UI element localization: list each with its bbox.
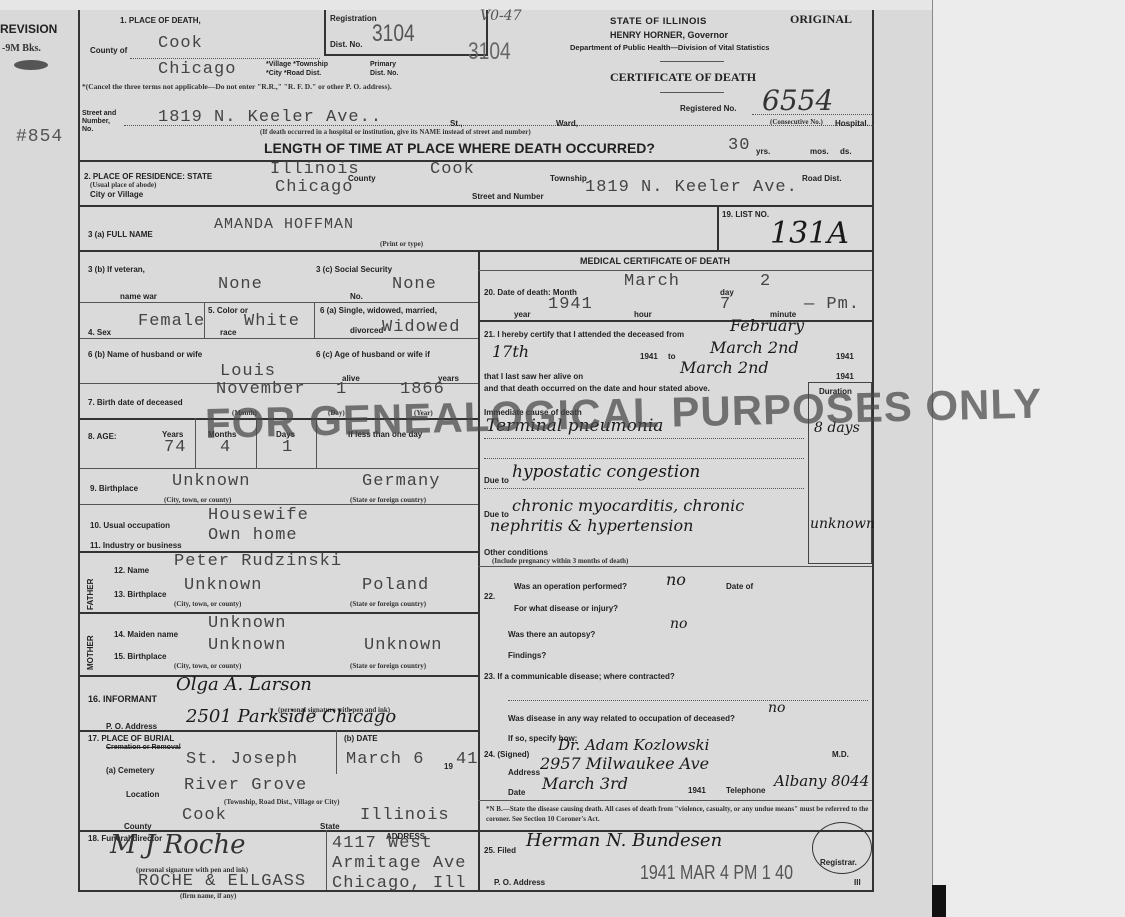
registrar-label: Registrar. [820,858,857,867]
registered-no: 6554 [762,84,833,117]
ss-no: None [392,275,437,294]
department-line: Department of Public Health—Division of … [570,43,769,52]
occupation-value: Housewife [208,506,309,525]
funeral-address-line3: Chicago, Ill [332,874,466,893]
burial-location: River Grove [184,776,307,795]
father-name-label: 12. Name [114,566,149,575]
birth-label: 7. Birth date of deceased [88,398,183,407]
residence-county: Cook [430,160,475,179]
due-to-2-line2: nephritis & hypertension [490,516,693,535]
autopsy-value: no [670,616,687,632]
place-of-death-label: 1. PLACE OF DEATH, [120,16,201,25]
mother-birth-country: Unknown [364,636,442,655]
attended-from-year: 1941 [640,352,658,361]
street-label: Street and Number, No. [82,110,122,134]
filed-date-stamp: 1941 MAR 4 PM 1 40 [640,862,793,885]
page-corner-shadow [932,885,946,917]
veteran-label: 3 (b) If veteran, [88,265,145,274]
last-saw-year: 1941 [836,372,854,381]
informant-address: 2501 Parkside Chicago [186,706,396,727]
registration-label: Registration [330,14,377,23]
age-years: 74 [164,438,186,457]
social-security-label: 3 (c) Social Security [316,265,392,274]
last-saw-date: March 2nd [680,358,769,377]
death-day: 2 [760,272,771,291]
war-label: name war [120,292,157,301]
age-label: 8. AGE: [88,432,117,441]
margin-revision: REVISION [0,22,57,36]
background-sheet [932,0,1125,917]
hospital-note: (If death occurred in a hospital or inst… [260,128,531,136]
file-number: #854 [16,127,63,147]
spouse-age-label: 6 (c) Age of husband or wife if [316,350,430,359]
sex-value: Female [138,312,205,331]
registration-box: Registration Dist. No. 3104 [324,10,488,56]
telephone-value: Albany 8044 [774,772,869,790]
list-no: 131A [770,216,849,251]
ward-label: Ward, [556,119,578,128]
birthplace-state-note: (State or foreign country) [350,496,426,504]
mother-birth-city: Unknown [208,636,286,655]
father-city-note: (City, town, or county) [174,600,241,608]
city-label: *City *Road Dist. [266,70,321,77]
cemetery-label: (a) Cemetery [106,766,154,775]
birthplace-city: Unknown [172,472,250,491]
attended-to: March 2nd [710,338,799,357]
occupation-related-label: Was disease in any way related to occupa… [508,714,735,723]
union-bug-icon [14,60,48,70]
due-to-1-label: Due to [484,476,509,485]
death-month: March [624,272,680,291]
birth-month: November [216,380,306,399]
spouse-value: Louis [220,362,276,381]
print-note: (Print or type) [380,240,423,248]
length-years: 30 [728,136,750,155]
residence-sub-label: (Usual place of abode) [90,181,156,189]
birthplace-label: 9. Birthplace [90,484,138,493]
burial-date-label: (b) DATE [344,734,378,743]
occupation-label: 10. Usual occupation [90,521,170,530]
cancel-note: *(Cancel the three terms not applicable—… [82,82,392,91]
birthplace-city-note: (City, town, or county) [164,496,231,504]
filed-by-signature: Herman N. Bundesen [526,830,722,851]
primary-label: Primary [370,61,396,68]
death-certificate-form: 1. PLACE OF DEATH, County of Cook Regist… [78,10,874,892]
physician-date: March 3rd [542,774,628,793]
father-label: FATHER [86,579,95,610]
filed-label: 25. Filed [484,846,516,855]
telephone-label: Telephone [726,786,765,795]
road-dist-label: Road Dist. [802,174,842,183]
findings-label: Findings? [508,651,546,660]
operation-label: Was an operation performed? [514,582,627,591]
physician-signature: Dr. Adam Kozlowski [558,736,709,754]
hospital-label: Hospital. [835,119,869,128]
dist-no: 3104 [372,20,415,48]
race-value: White [244,312,300,331]
color-label: 5. Color or [208,306,248,315]
county-label: County of [90,46,127,55]
burial-date: March 6 [346,750,424,769]
informant-label: 16. INFORMANT [88,694,157,704]
marital-value: Widowed [382,318,460,337]
mother-city-note: (City, town, or county) [174,662,241,670]
residence-city-label: City or Village [90,190,143,199]
due-to-1: hypostatic congestion [512,462,700,482]
death-year: 1941 [548,295,593,314]
to-label: to [668,352,676,361]
sex-label: 4. Sex [88,328,111,337]
death-year-label: year [514,310,530,319]
registration-stamp: 3104 [468,38,511,66]
list-no-label: 19. LIST NO. [722,210,769,219]
handwritten-ref: V0-47 [480,8,522,24]
residence-state: Illinois [270,160,360,179]
location-label: Location [126,790,159,799]
primary-dist-label: Dist. No. [370,70,398,77]
physician-date-label: Date [508,788,525,797]
divorced-label: divorced [350,326,383,335]
signed-label: 24. (Signed) [484,750,529,759]
burial-state: Illinois [360,806,450,825]
residence-street-label: Street and Number [472,192,544,201]
operation-value: no [666,570,686,589]
location-note: (Township, Road Dist., Village or City) [224,798,340,806]
margin-bks: -9M Bks. [2,43,41,54]
ds-label: ds. [840,147,852,156]
birthplace-country: Germany [362,472,440,491]
disease-label: For what disease or injury? [514,604,618,613]
state-heading: STATE OF ILLINOIS [610,16,707,27]
md-label: M.D. [832,750,849,759]
last-saw-label: that I last saw her alive on [484,372,583,381]
mother-state-note: (State or foreign country) [350,662,426,670]
father-state-note: (State or foreign country) [350,600,426,608]
mother-label: MOTHER [86,635,95,670]
residence-city: Chicago [275,178,353,197]
length-of-time-label: LENGTH OF TIME AT PLACE WHERE DEATH OCCU… [264,140,655,156]
residence-label: 2. PLACE OF RESIDENCE: STATE [84,172,212,181]
funeral-address-line2: Armitage Ave [332,854,466,873]
mother-maiden-name: Unknown [208,614,286,633]
industry-value: Own home [208,526,298,545]
due-to-2-line1: chronic myocarditis, chronic [512,496,744,515]
informant-name: Olga A. Larson [176,674,312,695]
registered-no-label: Registered No. [680,104,736,113]
mother-maiden-label: 14. Maiden name [114,630,178,639]
funeral-director-signature: M J Roche [110,830,246,860]
coroner-note: *N B.—State the disease causing death. A… [486,804,870,824]
due-to-2-duration: unknown [810,516,875,532]
physician-date-year: 1941 [688,786,706,795]
certify-label: 21. I hereby certify that I attended the… [484,330,684,339]
father-birth-city: Unknown [184,576,262,595]
other-conditions-label: Other conditions [484,548,548,557]
attended-to-year: 1941 [836,352,854,361]
other-conditions-note: (Include pregnancy within 3 months of de… [492,557,628,565]
mother-birthplace-label: 15. Birthplace [114,652,166,661]
attended-from-day: 17th [492,342,529,361]
communicable-label: 23. If a communicable disease; where con… [484,672,675,681]
ill-suffix: Ill [854,878,861,887]
death-county: Cook [158,34,203,53]
attended-from: February [730,316,804,335]
original-label: ORIGINAL [790,12,852,27]
residence-street: 1819 N. Keeler Ave. [585,178,798,197]
filing-po-label: P. O. Address [494,878,545,887]
full-name-label: 3 (a) FULL NAME [88,230,153,239]
spouse-label: 6 (b) Name of husband or wife [88,350,202,359]
q22-number: 22. [484,592,495,601]
dist-no-label: Dist. No. [330,40,362,49]
full-name: AMANDA HOFFMAN [214,216,354,233]
race-label: race [220,328,236,337]
war-value: None [218,275,263,294]
ss-no-label: No. [350,292,363,301]
industry-label: 11. Industry or business [90,541,182,550]
st-label: St., [450,119,462,128]
date-of-label: Date of [726,582,753,591]
physician-address: 2957 Milwaukee Ave [540,754,709,773]
certificate-title: CERTIFICATE OF DEATH [610,70,756,85]
death-hour: 7 [720,295,731,314]
cemetery-value: St. Joseph [186,750,298,769]
yrs-label: yrs. [756,147,770,156]
burial-county: Cook [182,806,227,825]
burial-year: 41 [456,750,478,769]
mos-label: mos. [810,147,829,156]
physician-address-label: Address [508,768,540,777]
township-label: Township [550,174,587,183]
governor-line: HENRY HORNER, Governor [610,30,728,40]
medical-title: MEDICAL CERTIFICATE OF DEATH [580,256,730,266]
marital-label: 6 (a) Single, widowed, married, [320,306,437,315]
funeral-firm-note: (firm name, if any) [180,892,236,900]
burial-year-prefix: 19 [444,762,453,771]
death-hour-label: hour [634,310,652,319]
burial-sub-label: Cremation or Removal [106,744,181,751]
burial-label: 17. PLACE OF BURIAL [88,734,174,743]
death-city: Chicago [158,60,236,79]
father-birthplace-label: 13. Birthplace [114,590,166,599]
occupation-related-value: no [768,700,785,716]
father-name: Peter Rudzinski [174,552,342,571]
father-birth-country: Poland [362,576,429,595]
village-label: *Village *Township [266,61,328,68]
death-minute: — Pm. [804,295,860,314]
funeral-address-line1: 4117 West [332,834,433,853]
autopsy-label: Was there an autopsy? [508,630,595,639]
funeral-firm: ROCHE & ELLGASS [138,872,306,891]
